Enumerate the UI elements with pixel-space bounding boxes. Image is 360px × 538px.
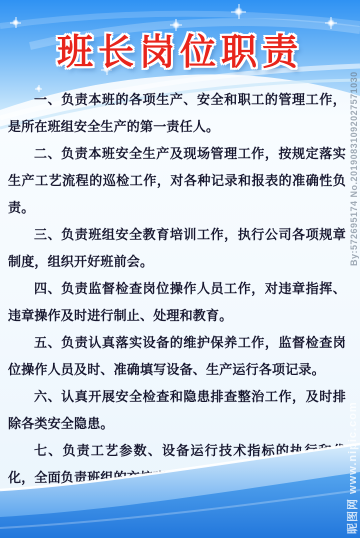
watermark-site-text: 昵图网 www.nipic.com [344, 401, 360, 534]
bottom-wave-art [0, 420, 360, 538]
poster-title: 班长岗位职责 [0, 24, 360, 75]
duty-item-4: 四、负责监督检查岗位操作人员工作，对违章指挥、违章操作及时进行制止、处理和教育。 [8, 275, 346, 329]
job-duties-poster: 班长岗位职责 一、负责本班的各项生产、安全和职工的管理工作，是所在班组安全生产的… [0, 0, 360, 538]
duty-item-3: 三、负责班组安全教育培训工作，执行公司各项规章制度，组织开好班前会。 [8, 221, 346, 275]
duty-item-2: 二、负责本班安全生产及现场管理工作，按规定落实生产工艺流程的巡检工作，对各种记录… [8, 140, 346, 221]
duty-item-5: 五、负责认真落实设备的维护保养工作，监督检查岗位操作人员及时、准确填写设备、生产… [8, 329, 346, 383]
duty-item-1: 一、负责本班的各项生产、安全和职工的管理工作，是所在班组安全生产的第一责任人。 [8, 86, 346, 140]
sparkle-icon [234, 7, 243, 16]
watermark-id-text: By:572695174 No.20190831092027571030 [349, 71, 359, 266]
